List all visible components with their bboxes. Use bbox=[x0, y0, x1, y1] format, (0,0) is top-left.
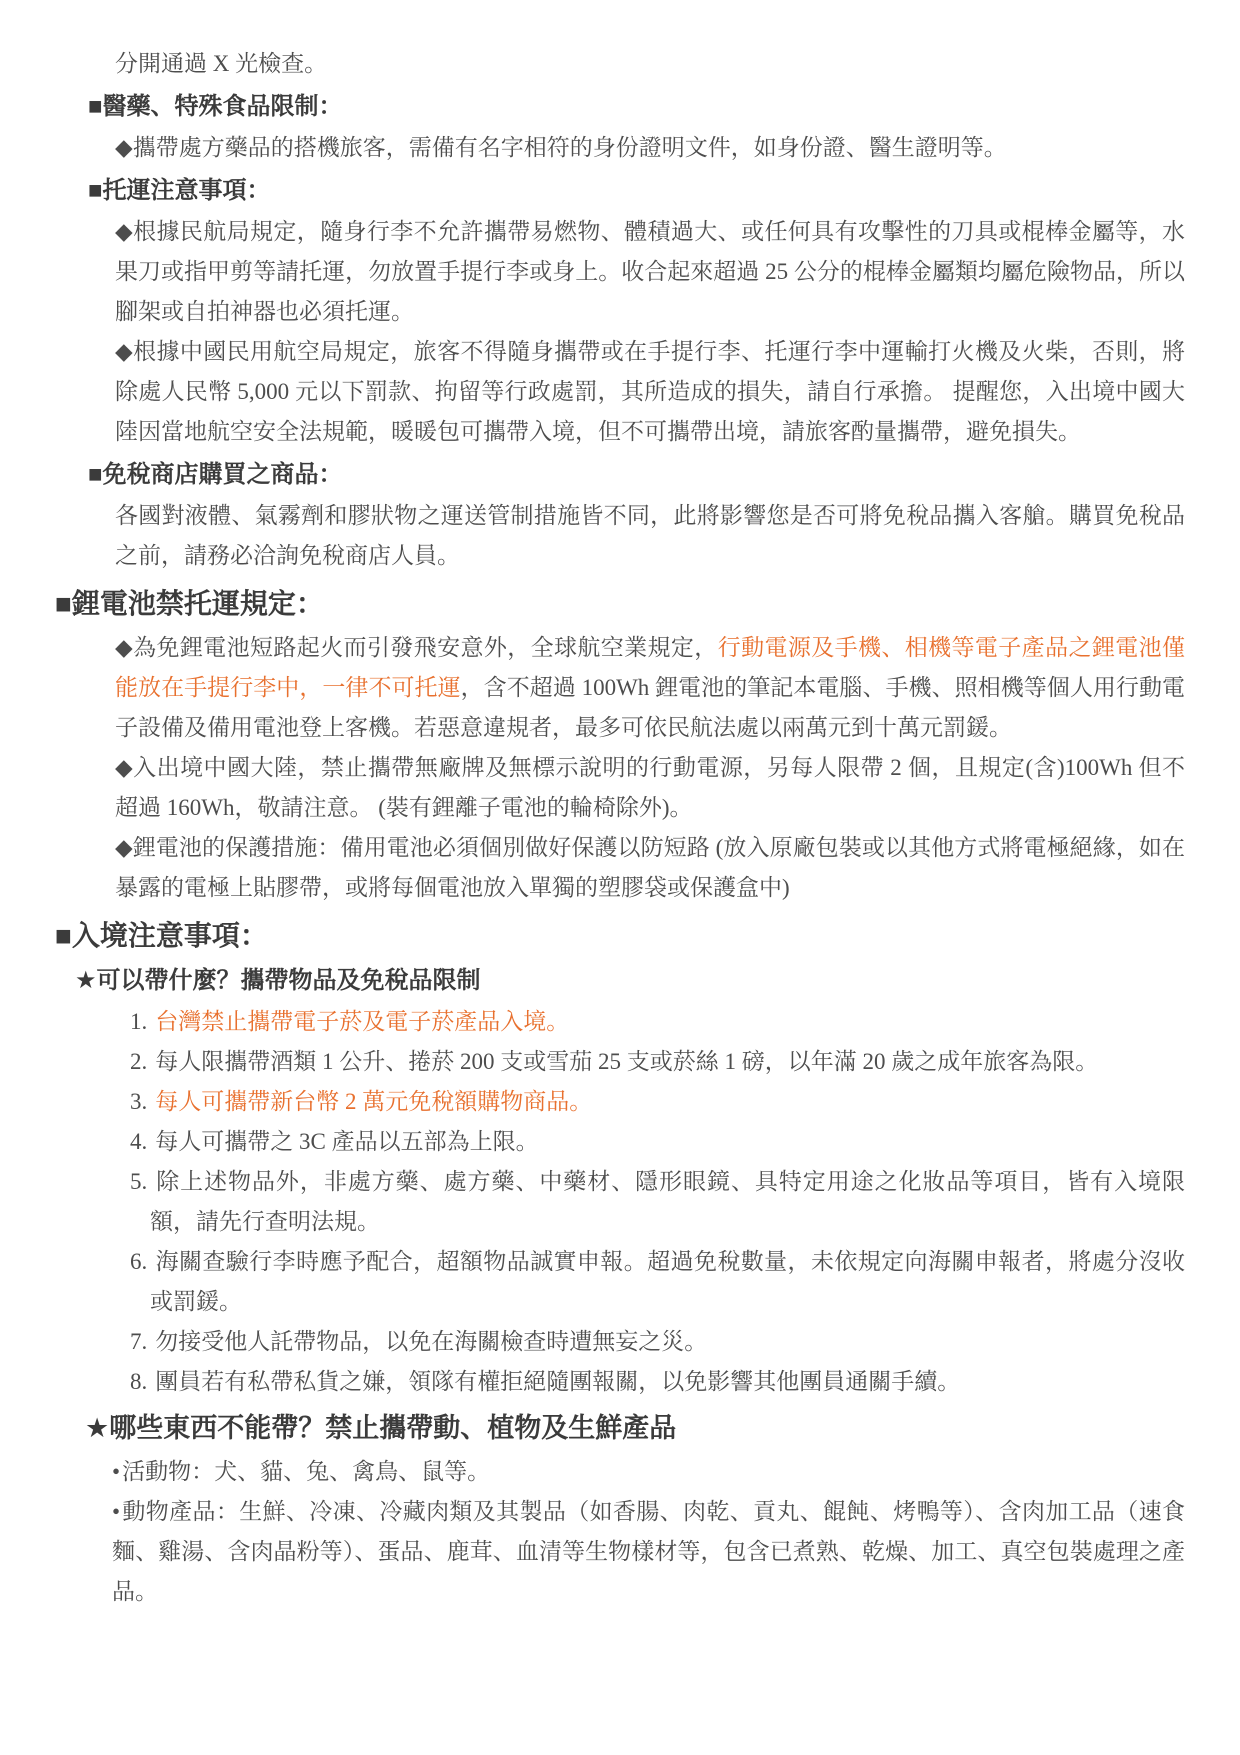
heading-medicine-food-limits: ■醫藥、特殊食品限制： bbox=[88, 86, 1185, 128]
medicine-paragraph: ◆攜帶處方藥品的搭機旅客，需備有名字相符的身份證明文件，如身份證、醫生證明等。 bbox=[115, 128, 1185, 168]
lithium-paragraph-2: ◆入出境中國大陸，禁止攜帶無廠牌及無標示說明的行動電源，另每人限帶 2 個，且規… bbox=[115, 748, 1185, 828]
allowed-item-4: 4.每人可攜帶之 3C 產品以五部為上限。 bbox=[130, 1122, 1185, 1162]
lithium-paragraph-3: ◆鋰電池的保護措施：備用電池必須個別做好保護以防短路 (放入原廠包裝或以其他方式… bbox=[115, 828, 1185, 908]
item-number: 5. bbox=[130, 1169, 147, 1194]
item-text: 每人限攜帶酒類 1 公升、捲菸 200 支或雪茄 25 支或菸絲 1 磅，以年滿… bbox=[155, 1049, 1098, 1074]
lithium-p1-prefix: ◆為免鋰電池短路起火而引發飛安意外，全球航空業規定， bbox=[115, 635, 718, 660]
intro-line: 分開通過 X 光檢查。 bbox=[115, 44, 1185, 84]
item-text: 每人可攜帶之 3C 產品以五部為上限。 bbox=[155, 1129, 538, 1154]
allowed-item-8: 8.團員若有私帶私貨之嫌，領隊有權拒絕隨團報關，以免影響其他團員通關手續。 bbox=[130, 1362, 1185, 1402]
allowed-item-1: 1.台灣禁止攜帶電子菸及電子菸產品入境。 bbox=[130, 1002, 1185, 1042]
heading-duty-free-goods: ■免稅商店購買之商品： bbox=[88, 454, 1185, 496]
allowed-item-3: 3.每人可攜帶新台幣 2 萬元免稅額購物商品。 bbox=[130, 1082, 1185, 1122]
prohibited-bullet-live-animals: •活動物：犬、貓、兔、禽鳥、鼠等。 bbox=[112, 1452, 1185, 1492]
item-number: 8. bbox=[130, 1369, 147, 1394]
item-text: 台灣禁止攜帶電子菸及電子菸產品入境。 bbox=[155, 1009, 569, 1034]
document-page: 分開通過 X 光檢查。 ■醫藥、特殊食品限制： ◆攜帶處方藥品的搭機旅客，需備有… bbox=[0, 0, 1240, 1652]
heading-what-cannot-bring: ★哪些東西不能帶？禁止攜帶動、植物及生鮮產品 bbox=[85, 1404, 1185, 1452]
bullet-text: 動物產品：生鮮、冷凍、冷藏肉類及其製品（如香腸、肉乾、貢丸、餛飩、烤鴨等）、含肉… bbox=[112, 1499, 1185, 1604]
item-number: 3. bbox=[130, 1089, 147, 1114]
lithium-paragraph-1: ◆為免鋰電池短路起火而引發飛安意外，全球航空業規定，行動電源及手機、相機等電子產… bbox=[115, 628, 1185, 748]
duty-free-paragraph: 各國對液體、氣霧劑和膠狀物之運送管制措施皆不同，此將影響您是否可將免稅品攜入客艙… bbox=[115, 496, 1185, 576]
item-number: 1. bbox=[130, 1009, 147, 1034]
bullet-marker: • bbox=[112, 1499, 120, 1524]
allowed-item-5: 5.除上述物品外，非處方藥、處方藥、中藥材、隱形眼鏡、具特定用途之化妝品等項目，… bbox=[130, 1162, 1185, 1242]
heading-checked-baggage: ■托運注意事項： bbox=[88, 170, 1185, 212]
allowed-item-2: 2.每人限攜帶酒類 1 公升、捲菸 200 支或雪茄 25 支或菸絲 1 磅，以… bbox=[130, 1042, 1185, 1082]
item-number: 7. bbox=[130, 1329, 147, 1354]
heading-what-can-bring: ★可以帶什麼？攜帶物品及免稅品限制 bbox=[75, 960, 1185, 1002]
heading-lithium-battery-rules: ■鋰電池禁托運規定： bbox=[55, 580, 1185, 628]
item-text: 勿接受他人託帶物品，以免在海關檢查時遭無妄之災。 bbox=[155, 1329, 707, 1354]
item-text: 除上述物品外，非處方藥、處方藥、中藥材、隱形眼鏡、具特定用途之化妝品等項目，皆有… bbox=[150, 1169, 1185, 1234]
heading-entry-notes: ■入境注意事項： bbox=[55, 912, 1185, 960]
item-text: 團員若有私帶私貨之嫌，領隊有權拒絕隨團報關，以免影響其他團員通關手續。 bbox=[155, 1369, 960, 1394]
bullet-text: 活動物：犬、貓、兔、禽鳥、鼠等。 bbox=[122, 1459, 490, 1484]
item-number: 4. bbox=[130, 1129, 147, 1154]
prohibited-bullet-animal-products: •動物產品：生鮮、冷凍、冷藏肉類及其製品（如香腸、肉乾、貢丸、餛飩、烤鴨等）、含… bbox=[112, 1492, 1185, 1612]
allowed-item-6: 6.海關查驗行李時應予配合，超額物品誠實申報。超過免稅數量，未依規定向海關申報者… bbox=[130, 1242, 1185, 1322]
checked-baggage-paragraph-1: ◆根據民航局規定，隨身行李不允許攜帶易燃物、體積過大、或任何具有攻擊性的刀具或棍… bbox=[115, 212, 1185, 332]
bullet-marker: • bbox=[112, 1459, 120, 1484]
allowed-item-7: 7.勿接受他人託帶物品，以免在海關檢查時遭無妄之災。 bbox=[130, 1322, 1185, 1362]
item-number: 2. bbox=[130, 1049, 147, 1074]
item-number: 6. bbox=[130, 1249, 147, 1274]
item-text: 海關查驗行李時應予配合，超額物品誠實申報。超過免稅數量，未依規定向海關申報者，將… bbox=[150, 1249, 1185, 1314]
item-text: 每人可攜帶新台幣 2 萬元免稅額購物商品。 bbox=[155, 1089, 592, 1114]
checked-baggage-paragraph-2: ◆根據中國民用航空局規定，旅客不得隨身攜帶或在手提行李、托運行李中運輸打火機及火… bbox=[115, 332, 1185, 452]
